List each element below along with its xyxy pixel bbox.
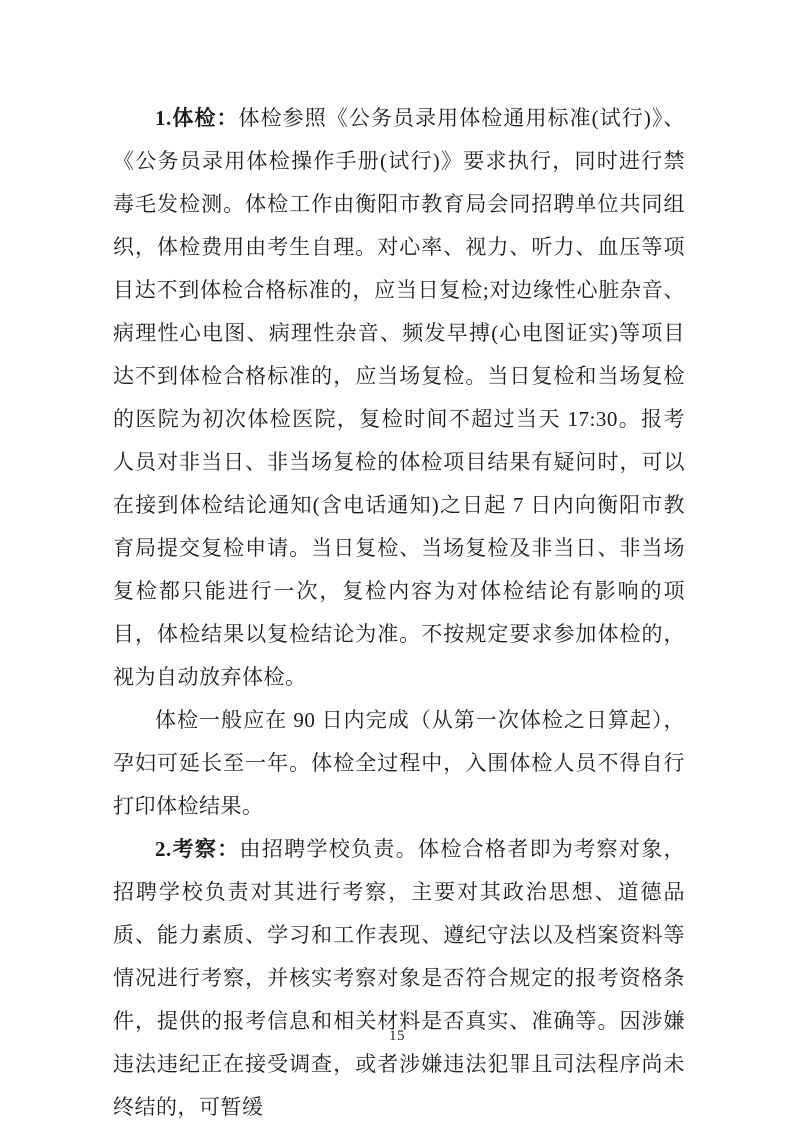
paragraph-exam-deadline-text: 体检一般应在 90 日内完成（从第一次体检之日算起），孕妇可延长至一年。体检全过… [113, 708, 685, 818]
paragraph-physical-exam: 1.体检：体检参照《公务员录用体检通用标准(试行)》、《公务员录用体检操作手册(… [113, 97, 685, 699]
paragraph-exam-deadline: 体检一般应在 90 日内完成（从第一次体检之日算起），孕妇可延长至一年。体检全过… [113, 699, 685, 828]
document-page: 1.体检：体检参照《公务员录用体检通用标准(试行)》、《公务员录用体检操作手册(… [0, 0, 794, 1123]
paragraph-assessment-label: 2.考察： [155, 837, 240, 861]
paragraph-assessment-text: 由招聘学校负责。体检合格者即为考察对象，招聘学校负责对其进行考察，主要对其政治思… [113, 837, 685, 1119]
paragraph-physical-exam-label: 1.体检： [155, 106, 239, 130]
paragraph-assessment: 2.考察：由招聘学校负责。体检合格者即为考察对象，招聘学校负责对其进行考察，主要… [113, 828, 685, 1123]
page-number: 15 [0, 1028, 794, 1045]
document-body: 1.体检：体检参照《公务员录用体检通用标准(试行)》、《公务员录用体检操作手册(… [113, 97, 685, 1123]
paragraph-physical-exam-text: 体检参照《公务员录用体检通用标准(试行)》、《公务员录用体检操作手册(试行)》要… [113, 106, 685, 689]
